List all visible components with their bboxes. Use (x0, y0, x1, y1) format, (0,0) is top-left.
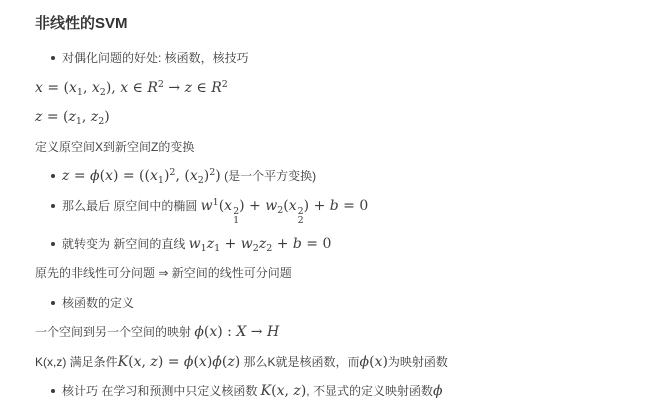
bullet-line: 核函数的定义 (35, 293, 642, 314)
math-run: x2 (92, 80, 106, 96)
math-run: , (82, 109, 91, 125)
math-run: x (120, 80, 128, 96)
math-run: z (185, 80, 192, 96)
math-run: z2 (91, 109, 104, 125)
math-run: = ( (42, 109, 68, 125)
bullet-icon (51, 301, 55, 305)
bullet-icon (51, 389, 55, 393)
bullet-icon (51, 56, 55, 60)
math-run: ϕ̇ (212, 354, 222, 370)
math-run: ) + (304, 198, 330, 214)
math-run: , (83, 80, 92, 96)
text-line: 原先的非线性可分问题 ⇒ 新空间的线性可分问题 (35, 263, 642, 284)
text-run: K(x,z) 满足条件 (35, 355, 118, 369)
math-run: ) : (217, 324, 236, 340)
math-run: R2 (147, 80, 164, 96)
bullet-line: 对偶化问题的好处: 核函数，核技巧 (35, 48, 642, 69)
bullet-icon (51, 242, 55, 246)
math-run: x1 (150, 168, 164, 184)
text-run: 那么K就是核函数，而 (240, 355, 359, 369)
math-run: X (236, 324, 246, 340)
bullet-line: 核计巧 在学习和预测中只定义核函数 K(x, z), 不显式的定义映射函数ϕ (35, 381, 642, 398)
math-run: = ( (43, 80, 69, 96)
text-run: 原先的非线性可分问题 ⇒ 新空间的线性可分问题 (35, 266, 292, 280)
math-run: x1 (69, 80, 83, 96)
bullet-icon (51, 174, 55, 178)
math-run: x21 (224, 198, 239, 214)
math-run: )2 (204, 168, 216, 184)
math-run: R2 (211, 80, 228, 96)
math-run: ∈ (128, 80, 147, 96)
math-run: → (246, 324, 267, 340)
math-run: = 0 (339, 198, 369, 214)
math-run: K (261, 383, 271, 398)
math-run: x22 (289, 198, 304, 214)
math-run: z (150, 354, 157, 370)
text-run: , 不显式的定义映射函数 (306, 384, 433, 398)
text-run: 核函数的定义 (62, 296, 134, 310)
math-run: ), (106, 80, 120, 96)
math-run: , ( (175, 168, 189, 184)
text-run: 定义原空间X到新空间Z的变换 (35, 140, 194, 154)
math-run: z1 (68, 109, 81, 125)
math-run: + (220, 236, 241, 252)
math-run: ) = (( (113, 168, 150, 184)
bullet-icon (51, 204, 55, 208)
math-run: x (199, 354, 207, 370)
text-run: 就转变为 新空间的直线 (62, 237, 189, 251)
math-run: ( (283, 198, 288, 214)
math-run: ϕ (90, 168, 100, 184)
math-run: x (35, 80, 43, 96)
text-run: 为映射函数 (388, 355, 448, 369)
text-run: 对偶化问题的好处: 核函数，核技巧 (62, 51, 249, 65)
bullet-line: 那么最后 原空间中的椭圆 w1(x21) + w2(x22) + b = 0 (35, 196, 642, 226)
math-run: z2 (259, 236, 272, 252)
math-run: ∈ (192, 80, 211, 96)
math-run: z (293, 383, 300, 398)
math-run: ) (104, 109, 109, 125)
text-line: z = (z1, z2) (35, 107, 642, 128)
math-run: z1 (207, 236, 220, 252)
text-line: 一个空间到另一个空间的映射 ϕ(x) : X → H (35, 322, 642, 343)
page-title: 非线性的SVM (35, 13, 642, 34)
math-run: x (105, 168, 113, 184)
math-run: ϕ (194, 324, 204, 340)
math-run: ϕ (433, 383, 443, 398)
math-run: ϕ (360, 354, 370, 370)
math-run: = (69, 168, 90, 184)
math-run: b (330, 198, 339, 214)
math-run: w2 (265, 198, 283, 214)
math-run: K (118, 354, 128, 370)
math-run: w1 (189, 236, 207, 252)
math-run: ) + (239, 198, 265, 214)
math-run: ) = (158, 354, 184, 370)
text-run: (是一个平方变换) (221, 169, 316, 183)
math-run: w1 (201, 198, 219, 214)
document: 非线性的SVM 对偶化问题的好处: 核函数，核技巧x = (x1, x2), x… (0, 0, 660, 398)
document-lines: 对偶化问题的好处: 核函数，核技巧x = (x1, x2), x ∈ R2 → … (35, 48, 642, 398)
text-line: 定义原空间X到新空间Z的变换 (35, 137, 642, 158)
math-run: x2 (190, 168, 204, 184)
math-run: + (272, 236, 293, 252)
math-run: x (277, 383, 285, 398)
text-line: x = (x1, x2), x ∈ R2 → z ∈ R2 (35, 78, 642, 99)
text-run: 那么最后 原空间中的椭圆 (62, 199, 201, 213)
math-run: w2 (241, 236, 259, 252)
math-run: = 0 (302, 236, 332, 252)
math-run: b (293, 236, 302, 252)
math-run: H (267, 324, 279, 340)
text-run: 核计巧 在学习和预测中只定义核函数 (62, 384, 261, 398)
bullet-line: z = ϕ(x) = ((x1)2, (x2)2) (是一个平方变换) (35, 166, 642, 187)
bullet-line: 就转变为 新空间的直线 w1z1 + w2z2 + b = 0 (35, 234, 642, 255)
math-run: → (164, 80, 185, 96)
text-run: 一个空间到另一个空间的映射 (35, 325, 194, 339)
math-run: )2 (164, 168, 176, 184)
math-run: x (134, 354, 142, 370)
text-line: K(x,z) 满足条件K(x, z) = ϕ(x)ϕ̇(z) 那么K就是核函数，… (35, 352, 642, 373)
math-run: z (227, 354, 234, 370)
